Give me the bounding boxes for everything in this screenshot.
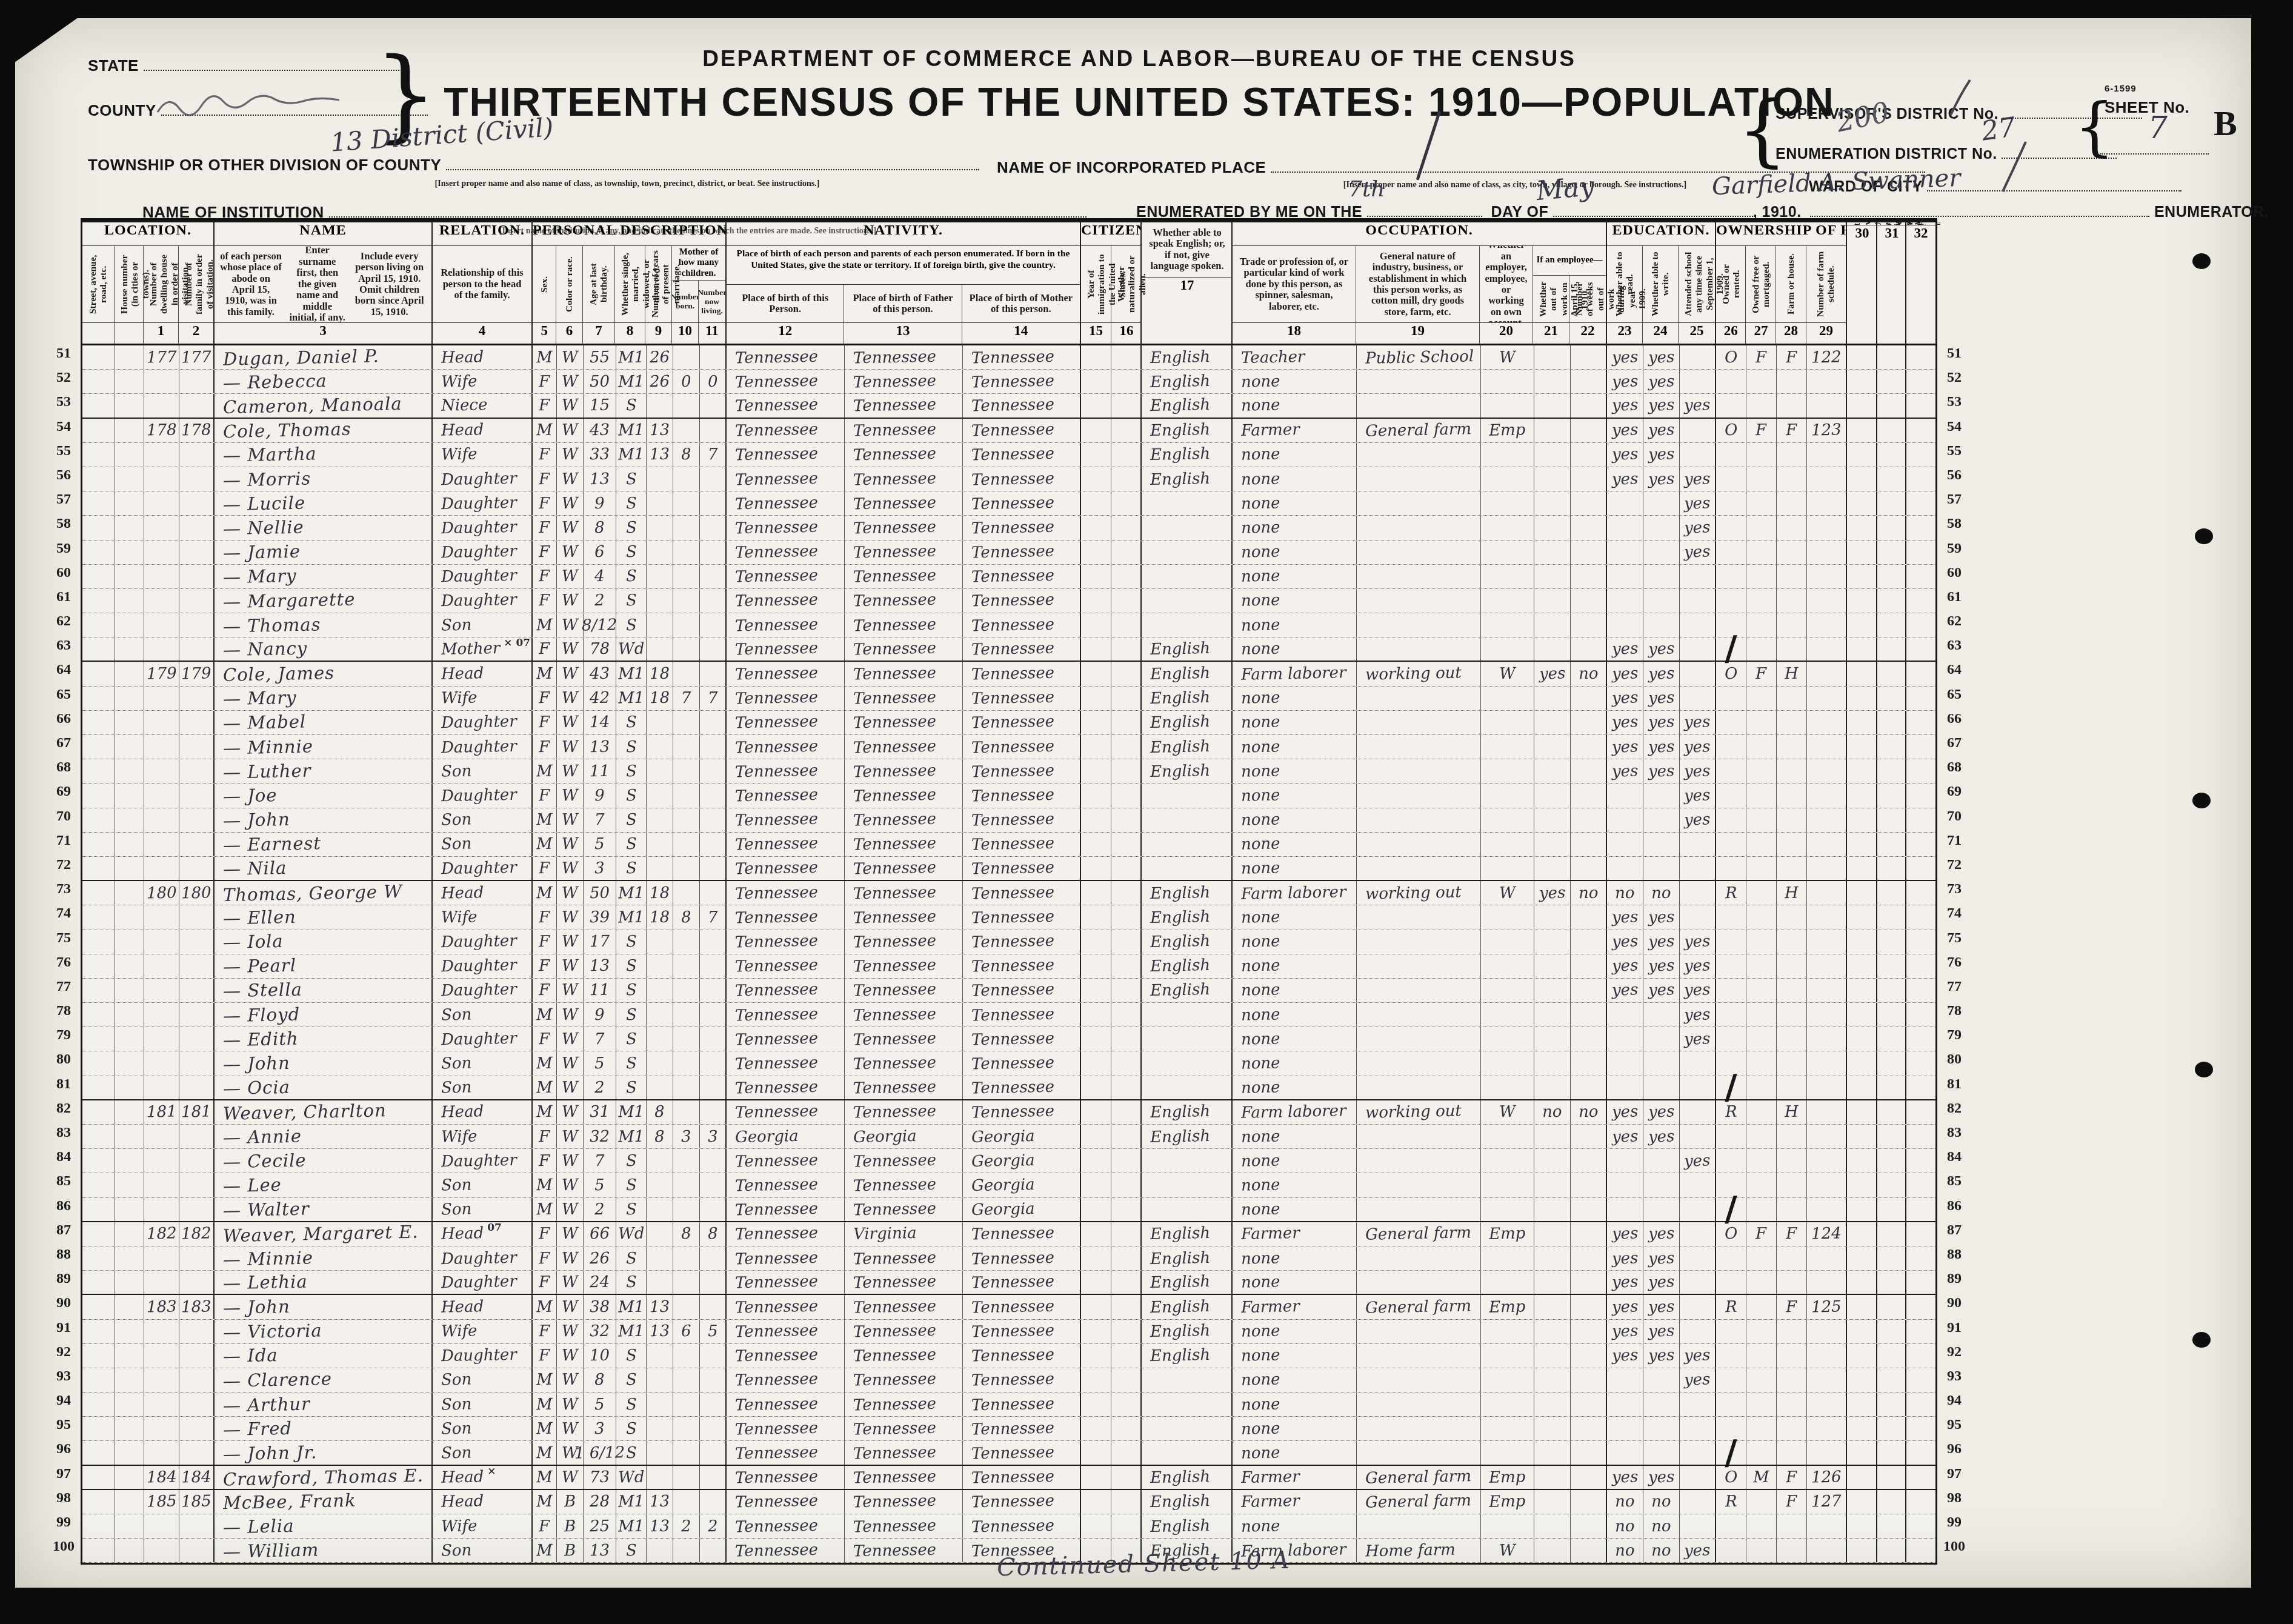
cell-fam: 183: [179, 1295, 215, 1319]
cell-out: [1534, 1222, 1571, 1246]
cell-read: yes: [1607, 370, 1643, 393]
cell-liv: [700, 1368, 727, 1392]
cell-mar: M1: [616, 1490, 647, 1514]
cell-pb: Tennessee: [727, 954, 845, 978]
cell-yrs: [647, 613, 673, 637]
cell-pbf: Tennessee: [845, 1441, 963, 1464]
cell-house: [115, 1320, 144, 1343]
cell-dw: [144, 1393, 179, 1416]
cell-eng: [1142, 1149, 1233, 1173]
cell-yrs: [647, 1441, 673, 1464]
column-label-pbm: Place of birth of Mother of this person.: [962, 285, 1080, 322]
cell-emp: Emp: [1481, 1295, 1534, 1319]
cell-weeks: [1571, 857, 1607, 880]
cell-fh: [1777, 589, 1807, 613]
cell-street: [82, 394, 115, 417]
cell-born: [673, 1417, 700, 1440]
cell-pbm: Georgia: [963, 1125, 1081, 1148]
cell-dw: [144, 589, 179, 613]
cell-fh: [1777, 1539, 1807, 1562]
cell-liv: [700, 735, 727, 759]
cell-nat: [1111, 687, 1142, 710]
cell-born: [673, 979, 700, 1002]
cell-pbm: Tennessee: [963, 1514, 1081, 1538]
cell-read: yes: [1607, 1344, 1643, 1368]
cell-street: [82, 833, 115, 856]
column-label-nat: Whether naturalized or alien.: [1111, 246, 1153, 322]
cell-blind: [1877, 857, 1906, 880]
cell-yrs: 18: [647, 905, 673, 929]
cell-fh: [1777, 979, 1807, 1002]
cell-pb: Tennessee: [727, 443, 845, 467]
cell-rel: Daughter: [433, 979, 533, 1002]
header-group: EDUCATION.Whether able to read.23Whether…: [1607, 222, 1716, 344]
column-number-pbm: 14: [962, 322, 1080, 344]
cell-eng: English: [1142, 735, 1233, 759]
cell-blind: [1877, 1051, 1906, 1075]
cell-trade: none: [1233, 759, 1357, 783]
cell-fh: [1777, 443, 1807, 467]
cell-eng: English: [1142, 467, 1233, 491]
cell-free: [1746, 1441, 1777, 1464]
cell-blind: [1877, 467, 1906, 491]
cell-eng: English: [1142, 711, 1233, 734]
cell-mar: M1: [616, 662, 647, 685]
cell-school: yes: [1680, 711, 1716, 734]
cell-pb: Tennessee: [727, 1100, 845, 1124]
cell-pbm: Tennessee: [963, 394, 1081, 417]
cell-liv: [700, 394, 727, 417]
column-number-mar: 8: [615, 322, 645, 344]
cell-street: [82, 1417, 115, 1440]
cell-free: [1746, 1271, 1777, 1294]
cell-house: [115, 516, 144, 539]
cell-age: 32: [584, 1125, 616, 1148]
cell-pb: Tennessee: [727, 808, 845, 832]
cell-read: yes: [1607, 1125, 1643, 1148]
row-number: 80: [47, 1051, 81, 1076]
column-label-age: Age at last birthday.: [584, 246, 614, 322]
row-number: 86: [1937, 1198, 1971, 1222]
cell-mar: M1: [616, 905, 647, 929]
cell-own: [1716, 370, 1746, 393]
cell-deaf: [1906, 1490, 1935, 1514]
cell-emp: [1481, 833, 1534, 856]
cell-pbf: Tennessee: [845, 808, 963, 832]
cell-surv: [1847, 1539, 1877, 1562]
row-number: 94: [1937, 1393, 1971, 1417]
cell-trade: none: [1233, 1076, 1357, 1099]
cell-trade: none: [1233, 443, 1357, 467]
cell-nat: [1111, 1125, 1142, 1148]
cell-sched: [1807, 857, 1847, 880]
cell-mar: S: [616, 711, 647, 734]
cell-pbm: Tennessee: [963, 857, 1081, 880]
cell-mar: M1: [616, 1125, 647, 1148]
column-house: House number (in cities or towns).: [115, 246, 144, 344]
cell-imm: [1081, 1320, 1111, 1343]
cell-name: — Victoria: [215, 1320, 433, 1343]
cell-emp: [1481, 1149, 1534, 1173]
cell-fh: [1777, 1514, 1807, 1538]
cell-read: yes: [1607, 687, 1643, 710]
cell-color: W: [557, 979, 584, 1002]
cell-born: 2: [673, 1514, 700, 1538]
cell-blind: [1877, 1344, 1906, 1368]
cell-age: 7: [584, 808, 616, 832]
cell-school: [1680, 833, 1716, 856]
cell-liv: [700, 1393, 727, 1416]
cell-pbf: Tennessee: [845, 905, 963, 929]
cell-write: yes: [1643, 419, 1680, 442]
row-number: 73: [1937, 881, 1971, 905]
cell-mar: S: [616, 1198, 647, 1221]
row-number: 85: [47, 1173, 81, 1197]
cell-nat: [1111, 637, 1142, 661]
cell-imm: [1081, 881, 1111, 905]
cell-age: 13: [584, 735, 616, 759]
cell-imm: [1081, 808, 1111, 832]
cell-imm: [1081, 1441, 1111, 1464]
cell-dw: [144, 1539, 179, 1562]
cell-pbf: Tennessee: [845, 833, 963, 856]
cell-mar: S: [616, 1441, 647, 1464]
cell-write: [1643, 1198, 1680, 1221]
cell-house: [115, 979, 144, 1002]
cell-ind: [1357, 833, 1481, 856]
cell-pbm: Tennessee: [963, 979, 1081, 1002]
cell-sex: M: [533, 1539, 557, 1562]
cell-deaf: [1906, 662, 1935, 685]
cell-pbm: Tennessee: [963, 1100, 1081, 1124]
cell-born: 8: [673, 1222, 700, 1246]
punch-hole: [2192, 1332, 2211, 1348]
cell-dw: [144, 954, 179, 978]
cell-sched: [1807, 443, 1847, 467]
column-number-sex: 5: [533, 322, 556, 344]
column-number-imm: 15: [1081, 322, 1111, 344]
cell-emp: [1481, 954, 1534, 978]
header-group: Whether blind (both eyes).31: [1877, 222, 1906, 344]
group-title: CITIZENSHIP.: [1081, 222, 1140, 246]
cell-trade: none: [1233, 516, 1357, 539]
cell-emp: [1481, 394, 1534, 417]
cell-fh: [1777, 905, 1807, 929]
cell-fh: [1777, 1149, 1807, 1173]
cell-surv: [1847, 467, 1877, 491]
cell-street: [82, 857, 115, 880]
row-number: 90: [1937, 1295, 1971, 1319]
cell-fh: [1777, 759, 1807, 783]
cell-age: 11: [584, 979, 616, 1002]
cell-weeks: [1571, 759, 1607, 783]
cell-out: [1534, 1271, 1571, 1294]
cell-yrs: [647, 541, 673, 564]
cell-surv: [1847, 1173, 1877, 1197]
cell-nat: [1111, 954, 1142, 978]
cell-ind: [1357, 467, 1481, 491]
cell-surv: [1847, 1027, 1877, 1051]
group-title: RELATION.: [433, 222, 531, 246]
cell-fam: [179, 467, 215, 491]
cell-imm: [1081, 1198, 1111, 1221]
cell-fh: [1777, 1344, 1807, 1368]
cell-dw: [144, 1076, 179, 1099]
cell-mar: S: [616, 759, 647, 783]
cell-surv: [1847, 759, 1877, 783]
row-number: 51: [47, 345, 81, 370]
cell-trade: none: [1233, 833, 1357, 856]
cell-ind: [1357, 613, 1481, 637]
cell-imm: [1081, 1125, 1111, 1148]
cell-emp: [1481, 1076, 1534, 1099]
cell-name: Cameron, Manoala: [215, 394, 433, 417]
column-label-eng: Whether able to speak English; or, if no…: [1142, 222, 1233, 277]
cell-pbm: Tennessee: [963, 930, 1081, 954]
row-number: 60: [47, 565, 81, 589]
cell-born: [673, 1003, 700, 1027]
row-number: 89: [1937, 1271, 1971, 1295]
cell-school: yes: [1680, 1027, 1716, 1051]
cell-blind: [1877, 1198, 1906, 1221]
cell-yrs: [647, 1417, 673, 1440]
cell-deaf: [1906, 345, 1935, 369]
cell-sched: [1807, 979, 1847, 1002]
cell-yrs: [647, 1076, 673, 1099]
cell-dw: [144, 443, 179, 467]
cell-pbm: Tennessee: [963, 565, 1081, 588]
cell-nat: [1111, 541, 1142, 564]
cell-fh: [1777, 954, 1807, 978]
cell-fh: H: [1777, 881, 1807, 905]
cell-born: [673, 637, 700, 661]
cell-mar: S: [616, 857, 647, 880]
cell-rel: Daughter: [433, 784, 533, 807]
cell-born: [673, 954, 700, 978]
cell-name: — John: [215, 1051, 433, 1075]
cell-trade: none: [1233, 687, 1357, 710]
cell-sex: M: [533, 1076, 557, 1099]
cell-color: W: [557, 1027, 584, 1051]
cell-emp: W: [1481, 881, 1534, 905]
cell-fam: [179, 637, 215, 661]
cell-eng: English: [1142, 345, 1233, 369]
cell-mar: S: [616, 541, 647, 564]
column-number-trade: 18: [1233, 322, 1356, 344]
cell-sched: [1807, 735, 1847, 759]
cell-liv: [700, 516, 727, 539]
cell-fam: [179, 1125, 215, 1148]
cell-pbm: Tennessee: [963, 1051, 1081, 1075]
cell-street: [82, 1393, 115, 1416]
cell-color: W: [557, 930, 584, 954]
cell-pbm: Georgia: [963, 1149, 1081, 1173]
cell-eng: [1142, 1027, 1233, 1051]
cell-school: yes: [1680, 394, 1716, 417]
cell-school: yes: [1680, 784, 1716, 807]
cell-liv: [700, 1417, 727, 1440]
cell-read: yes: [1607, 1100, 1643, 1124]
column-number-liv: 11: [699, 322, 725, 344]
cell-weeks: [1571, 711, 1607, 734]
cell-blind: [1877, 1125, 1906, 1148]
cell-own: [1716, 735, 1746, 759]
cell-trade: none: [1233, 1125, 1357, 1148]
cell-sex: M: [533, 419, 557, 442]
cell-out: [1534, 1490, 1571, 1514]
cell-house: [115, 1198, 144, 1221]
cell-fam: [179, 1198, 215, 1221]
cell-pbm: Tennessee: [963, 1027, 1081, 1051]
cell-street: [82, 1368, 115, 1392]
cell-own: [1716, 687, 1746, 710]
cell-out: [1534, 1466, 1571, 1489]
cell-pbm: Tennessee: [963, 467, 1081, 491]
column-number-free: 27: [1746, 322, 1775, 344]
cell-fam: [179, 833, 215, 856]
cell-mar: S: [616, 930, 647, 954]
cell-nat: [1111, 808, 1142, 832]
cell-fam: [179, 759, 215, 783]
cell-emp: [1481, 808, 1534, 832]
cell-out: [1534, 1149, 1571, 1173]
cell-dw: [144, 541, 179, 564]
cell-born: [673, 1173, 700, 1197]
cell-surv: [1847, 1076, 1877, 1099]
cell-yrs: [647, 759, 673, 783]
cell-name: — Mary: [215, 687, 433, 710]
row-number: 82: [1937, 1100, 1971, 1125]
cell-ind: [1357, 1320, 1481, 1343]
cell-dw: [144, 1027, 179, 1051]
cell-free: [1746, 1393, 1777, 1416]
cell-surv: [1847, 1393, 1877, 1416]
cell-imm: [1081, 784, 1111, 807]
column-read: Whether able to read.23: [1607, 246, 1643, 344]
row-number: 96: [1937, 1441, 1971, 1465]
cell-name: Weaver, Margaret E.: [215, 1222, 433, 1246]
cell-imm: [1081, 491, 1111, 515]
cell-born: [673, 516, 700, 539]
table-row: — MinnieDaughterFW26STennesseeTennesseeT…: [82, 1246, 1935, 1271]
cell-sched: [1807, 1003, 1847, 1027]
cell-house: [115, 565, 144, 588]
cell-rel: Daughter: [433, 589, 533, 613]
cell-imm: [1081, 1490, 1111, 1514]
cell-ind: General farm: [1357, 1295, 1481, 1319]
cell-out: [1534, 808, 1571, 832]
cell-color: W: [557, 394, 584, 417]
cell-deaf: [1906, 370, 1935, 393]
cell-read: [1607, 1441, 1643, 1464]
cell-imm: [1081, 857, 1111, 880]
cell-school: [1680, 565, 1716, 588]
cell-out: [1534, 905, 1571, 929]
cell-name: — Mary: [215, 565, 433, 588]
cell-liv: [700, 1295, 727, 1319]
table-row: Cameron, ManoalaNieceFW15STennesseeTenne…: [82, 394, 1935, 418]
cell-eng: [1142, 1393, 1233, 1416]
cell-yrs: [647, 1222, 673, 1246]
cell-trade: none: [1233, 491, 1357, 515]
cell-liv: [700, 881, 727, 905]
cell-pbf: Tennessee: [845, 857, 963, 880]
cell-rel: Son: [433, 1198, 533, 1221]
cell-read: [1607, 589, 1643, 613]
row-number: 57: [1937, 491, 1971, 516]
cell-ind: [1357, 954, 1481, 978]
cell-liv: 8: [700, 1222, 727, 1246]
cell-ind: [1357, 370, 1481, 393]
cell-pbf: Tennessee: [845, 1027, 963, 1051]
table-header: LOCATION.Street, avenue, road, etc.House…: [82, 222, 1935, 345]
cell-deaf: [1906, 1320, 1935, 1343]
cell-pbf: Tennessee: [845, 784, 963, 807]
cell-age: 50: [584, 370, 616, 393]
cell-fam: 178: [179, 419, 215, 442]
cell-pbf: Tennessee: [845, 662, 963, 685]
cell-age: 2: [584, 1076, 616, 1099]
cell-eng: [1142, 1198, 1233, 1221]
cell-color: W: [557, 1246, 584, 1270]
cell-write: yes: [1643, 345, 1680, 369]
cell-write: yes: [1643, 979, 1680, 1002]
cell-born: 6: [673, 1320, 700, 1343]
cell-sex: F: [533, 1271, 557, 1294]
cell-yrs: [647, 1003, 673, 1027]
cell-dw: [144, 467, 179, 491]
cell-weeks: no: [1571, 662, 1607, 685]
cell-fh: [1777, 541, 1807, 564]
cell-trade: none: [1233, 1368, 1357, 1392]
cell-sched: [1807, 637, 1847, 661]
cell-free: [1746, 1125, 1777, 1148]
cell-born: [673, 1027, 700, 1051]
cell-blind: [1877, 516, 1906, 539]
cell-name: — Mabel: [215, 711, 433, 734]
table-row: 182182Weaver, Margaret E.Head07FW66Wd88T…: [82, 1222, 1935, 1246]
cell-mar: M1: [616, 1320, 647, 1343]
cell-mar: S: [616, 1246, 647, 1270]
cell-house: [115, 1344, 144, 1368]
cell-school: yes: [1680, 930, 1716, 954]
cell-rel: Son: [433, 1076, 533, 1099]
cell-liv: [700, 1441, 727, 1464]
cell-fam: [179, 1027, 215, 1051]
cell-write: [1643, 613, 1680, 637]
cell-nat: [1111, 394, 1142, 417]
cell-write: [1643, 1393, 1680, 1416]
column-out: Whether out of work on April 15, 1910.21: [1533, 276, 1569, 344]
cell-sex: M: [533, 1466, 557, 1489]
cell-nat: [1111, 419, 1142, 442]
cell-free: [1746, 711, 1777, 734]
cell-pbm: Tennessee: [963, 491, 1081, 515]
cell-trade: none: [1233, 1003, 1357, 1027]
cell-school: [1680, 1100, 1716, 1124]
cell-ind: [1357, 491, 1481, 515]
cell-sched: [1807, 833, 1847, 856]
cell-pbf: Tennessee: [845, 881, 963, 905]
cell-read: yes: [1607, 954, 1643, 978]
cell-pb: Tennessee: [727, 491, 845, 515]
cell-mar: S: [616, 784, 647, 807]
cell-name: — Arthur: [215, 1393, 433, 1416]
cell-color: W: [557, 1222, 584, 1246]
cell-pb: Tennessee: [727, 1368, 845, 1392]
cell-free: F: [1746, 345, 1777, 369]
row-number: 83: [47, 1125, 81, 1149]
